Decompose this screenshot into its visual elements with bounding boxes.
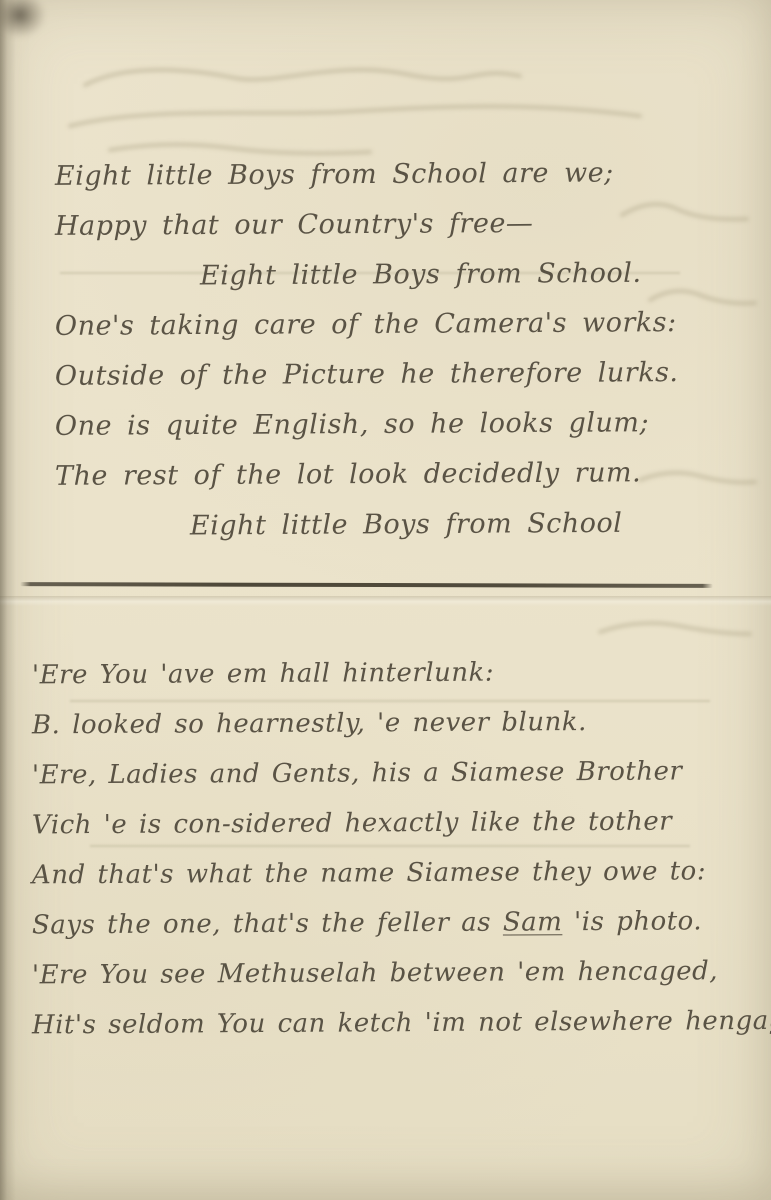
page-left-edge-shadow [0, 0, 16, 1200]
poem-line-text: Says the one, that's the feller as [32, 908, 503, 941]
fold-crease [0, 596, 771, 606]
poem-line: 'Ere You see Methuselah between 'em henc… [32, 946, 771, 1001]
poem-line: Vich 'e is con-sidered hexactly like the… [32, 796, 771, 851]
poem-line: Eight little Boys from School [190, 499, 679, 552]
stanza-bottom: 'Ere You 'ave em hall hinterlunk: B. loo… [32, 648, 771, 1048]
poem-line: Outside of the Picture he therefore lurk… [55, 348, 679, 402]
hand-drawn-divider-rule [20, 582, 713, 588]
poem-line: The rest of the lot look decidedly rum. [55, 448, 679, 502]
poem-line: 'Ere You 'ave em hall hinterlunk: [32, 646, 771, 701]
poem-line: Happy that our Country's free— [55, 198, 679, 252]
poem-line: B. looked so hearnestly, 'e never blunk. [32, 696, 771, 751]
poem-line: One's taking care of the Camera's works: [55, 298, 679, 352]
poem-line: Hit's seldom You can ketch 'im not elsew… [32, 996, 771, 1051]
underlined-word: Sam [503, 907, 563, 937]
poem-line: 'Ere, Ladies and Gents, his a Siamese Br… [32, 746, 771, 801]
corner-smudge [0, 0, 46, 38]
manuscript-page: Eight little Boys from School are we; Ha… [0, 0, 771, 1200]
poem-line: One is quite English, so he looks glum; [55, 398, 679, 452]
poem-line: Eight little Boys from School. [200, 249, 679, 302]
poem-line: Eight little Boys from School are we; [55, 148, 679, 202]
poem-line: Says the one, that's the feller as Sam '… [32, 896, 771, 951]
stanza-top: Eight little Boys from School are we; Ha… [55, 150, 678, 550]
poem-line: And that's what the name Siamese they ow… [32, 846, 771, 901]
poem-line-text: 'is photo. [562, 906, 702, 937]
